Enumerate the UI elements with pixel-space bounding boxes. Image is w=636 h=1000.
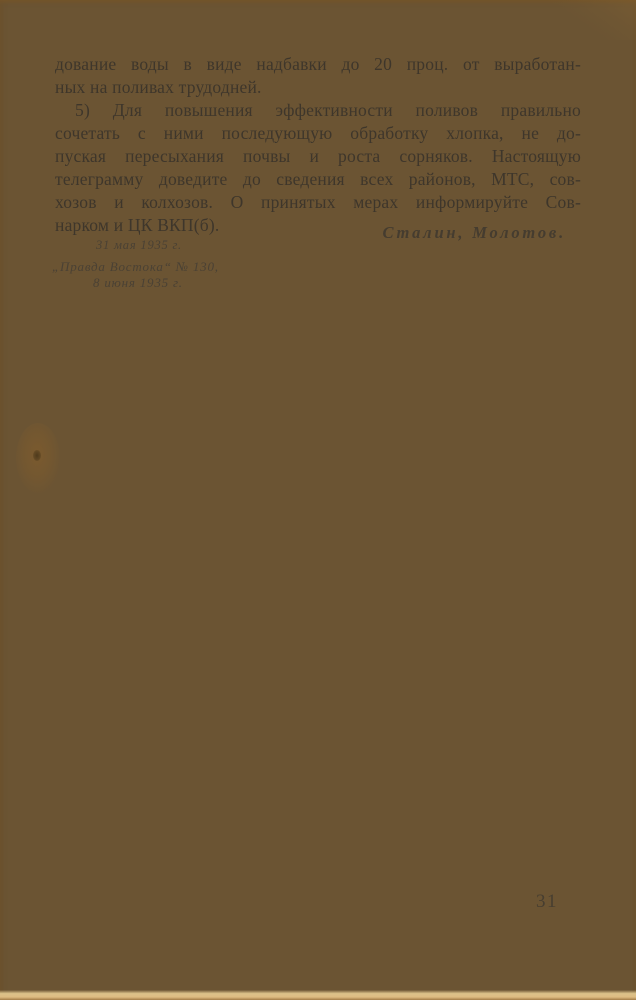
telegram-date: 31 мая 1935 г.	[96, 238, 182, 253]
source-date: 8 июня 1935 г.	[52, 275, 219, 291]
signature: Сталин, Молотов.	[382, 223, 566, 243]
source-publication: „Правда Востока“ № 130,	[52, 259, 219, 275]
page-bottom-edge	[0, 990, 636, 1000]
paper-stain-center	[33, 450, 41, 461]
text-line: телеграмму доведите до сведения всех рай…	[55, 168, 581, 191]
text-line: сочетать с ними последующую обработку хл…	[55, 122, 581, 145]
page-top-edge	[0, 0, 636, 4]
body-text: дование воды в виде надбавки до 20 проц.…	[55, 53, 581, 237]
source-citation: „Правда Востока“ № 130, 8 июня 1935 г.	[52, 259, 219, 291]
text-line: ных на поливах трудодней.	[55, 76, 581, 99]
text-line: хозов и колхозов. О принятых мерах инфор…	[55, 191, 581, 214]
text-line: дование воды в виде надбавки до 20 проц.…	[55, 53, 581, 76]
text-line: 5) Для повышения эффективности поливов п…	[55, 99, 581, 122]
page-corner-shadow	[546, 0, 636, 40]
text-line: пуская пересыхания почвы и роста сорняко…	[55, 145, 581, 168]
page-number: 31	[536, 891, 558, 913]
book-page: дование воды в виде надбавки до 20 проц.…	[0, 0, 636, 1000]
